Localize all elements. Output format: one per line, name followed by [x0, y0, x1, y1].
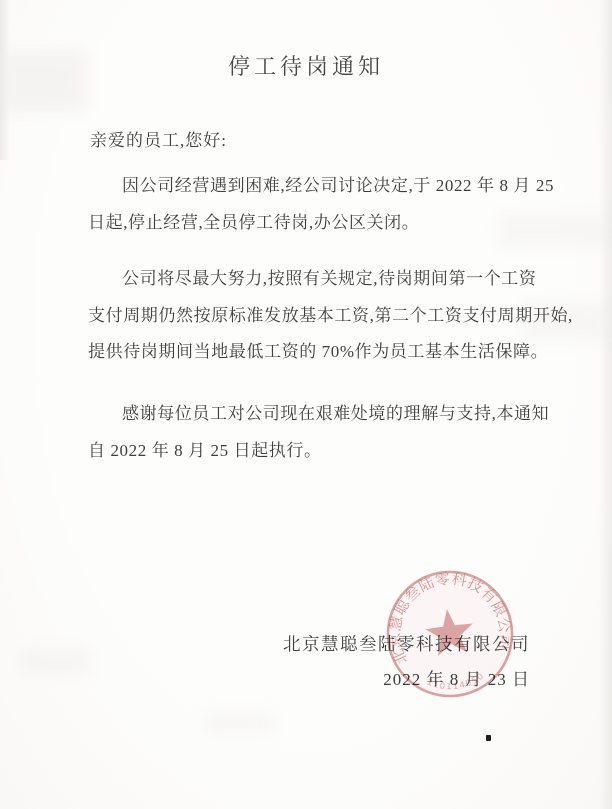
body-line: 因公司经营遇到困难,经公司讨论决定,于 2022 年 8 月 25 [88, 168, 542, 205]
body-line: 自 2022 年 8 月 25 日起执行。 [88, 433, 542, 470]
paragraph-2: 公司将尽最大努力,按照有关规定,待岗期间第一个工资 支付周期仍然按原标准发放基本… [88, 261, 542, 371]
body-line: 支付周期仍然按原标准发放基本工资,第二个工资支付周期开始, [88, 298, 542, 335]
salutation: 亲爱的员工,您好: [90, 126, 540, 151]
scanned-notice-page: 停工待岗通知 亲爱的员工,您好: 因公司经营遇到困难,经公司讨论决定,于 202… [0, 0, 612, 809]
scan-artifact [205, 712, 275, 734]
body-line: 提供待岗期间当地最低工资的 70%作为员工基本生活保障。 [88, 334, 542, 371]
body-line: 日起,停止经营,全员停工待岗,办公区关闭。 [88, 205, 542, 242]
scan-edge-shadow-right [599, 0, 612, 809]
signature-company: 北京慧聪叁陆零科技有限公司 [283, 631, 530, 656]
notice-title: 停工待岗通知 [0, 50, 612, 81]
paragraph-3: 感谢每位员工对公司现在艰难处境的理解与支持,本通知 自 2022 年 8 月 2… [88, 396, 542, 469]
body-line: 公司将尽最大努力,按照有关规定,待岗期间第一个工资 [88, 261, 542, 298]
ink-dot [486, 735, 491, 741]
paragraph-1: 因公司经营遇到困难,经公司讨论决定,于 2022 年 8 月 25 日起,停止经… [88, 168, 542, 241]
signature-date: 2022 年 8 月 23 日 [383, 665, 530, 690]
scan-artifact [20, 648, 90, 674]
body-line: 感谢每位员工对公司现在艰难处境的理解与支持,本通知 [88, 396, 542, 433]
